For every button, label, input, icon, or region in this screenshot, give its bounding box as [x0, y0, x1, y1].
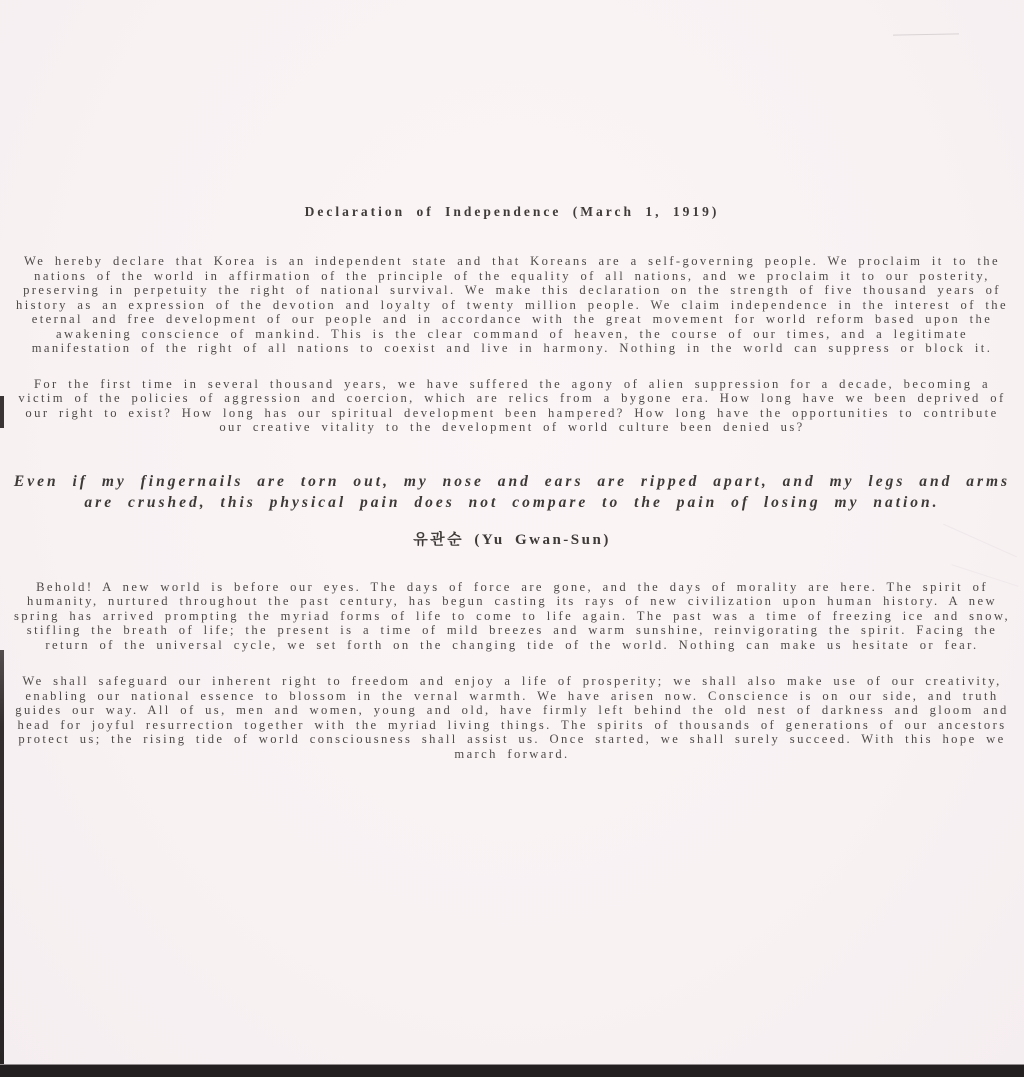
paragraph-new-world: Behold! A new world is before our eyes. …	[10, 580, 1014, 653]
quote-attribution: 유관순 (Yu Gwan-Sun)	[10, 528, 1014, 549]
document-title: Declaration of Independence (March 1, 19…	[10, 204, 1014, 220]
page-edge-left	[0, 650, 4, 1077]
scanned-document-page: Declaration of Independence (March 1, 19…	[0, 0, 1024, 1077]
page-edge-mark-left	[0, 396, 4, 428]
page-edge-bottom	[0, 1064, 1024, 1077]
document-content: Declaration of Independence (March 1, 19…	[0, 0, 1024, 761]
quote-yu-gwan-sun: Even if my fingernails are torn out, my …	[10, 471, 1014, 513]
paragraph-declaration: We hereby declare that Korea is an indep…	[10, 254, 1014, 356]
paragraph-safeguard: We shall safeguard our inherent right to…	[10, 674, 1014, 761]
paragraph-suffering: For the first time in several thousand y…	[10, 377, 1014, 435]
